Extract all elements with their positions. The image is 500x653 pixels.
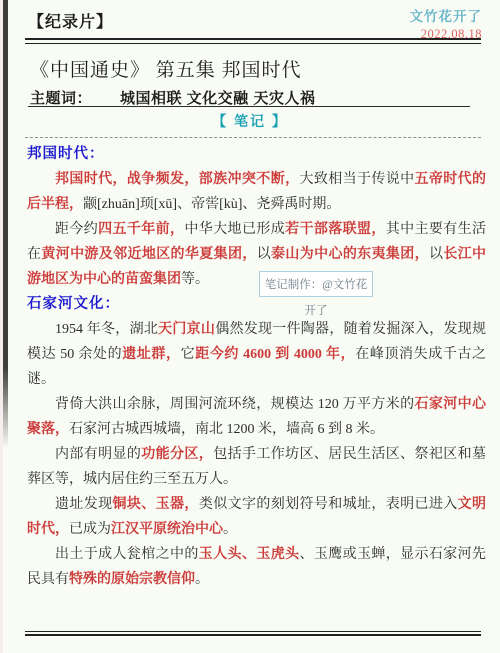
body-text: 。 — [195, 572, 209, 587]
keywords-underline-rule — [28, 106, 470, 107]
category-label: 【纪录片】 — [28, 9, 113, 32]
body-text: 以 — [429, 247, 443, 262]
watermark-box: 笔记制作：@文竹花开了 — [259, 271, 373, 297]
keywords-value: 城国相联 文化交融 天灾人祸 — [120, 87, 315, 108]
body-text: 大致相当于传说中 — [299, 172, 414, 187]
highlighted-text: 玉人头、玉虎头 — [199, 547, 300, 562]
note-page: 【纪录片】 文竹花开了 2022.08.18 《中国通史》 第五集 邦国时代 主… — [0, 0, 500, 653]
highlighted-text: 特殊的原始宗教信仰 — [69, 572, 195, 587]
bottom-double-rule — [25, 631, 481, 636]
highlighted-text: 邦国时代，战争频发，部族冲突不断， — [55, 172, 299, 187]
note-body: 邦国时代：邦国时代，战争频发，部族冲突不断，大致相当于传说中五帝时代的后半程，颛… — [27, 142, 486, 592]
highlighted-text: 江汉平原统治中心 — [111, 522, 223, 537]
body-text: 背倚大洪山余脉，周围河流环绕，规模达 120 万平方米的 — [55, 397, 414, 412]
body-text: 。 — [223, 522, 237, 537]
body-text: 距今约 — [55, 222, 98, 237]
body-text: 它 — [181, 347, 196, 362]
body-text: 已成为 — [69, 522, 111, 537]
body-text: 中华大地已形成 — [184, 222, 285, 237]
paragraph: 出土于成人瓮棺之中的玉人头、玉虎头、玉鹰或玉蝉，显示石家河先民具有特殊的原始宗教… — [27, 542, 486, 592]
body-text: 类似文字的刻划符号和城址，表明已进入 — [199, 497, 458, 512]
body-text: 1954 年冬，湖北 — [55, 322, 158, 337]
note-badge: 【 笔记 】 — [0, 111, 500, 131]
body-text: 颛[zhuān]顼[xū]、帝喾[kù]、尧舜禹时期。 — [83, 197, 340, 212]
highlighted-text: 若干部落联盟， — [285, 222, 386, 237]
highlighted-text: 四五千年前， — [98, 222, 184, 237]
highlighted-text: 遗址群， — [122, 347, 180, 362]
body-text: 石家河古城西城墙，南北 1200 米，墙高 6 到 8 米。 — [69, 422, 384, 437]
body-text: 遗址发现 — [55, 497, 113, 512]
keywords-row: 主题词： 城国相联 文化交融 天灾人祸 — [30, 87, 315, 108]
dashed-divider — [25, 137, 481, 138]
top-double-rule — [25, 38, 481, 44]
body-text: 出土于成人瓮棺之中的 — [55, 547, 199, 562]
body-text: 等。 — [181, 272, 209, 287]
page-title: 《中国通史》 第五集 邦国时代 — [30, 55, 480, 82]
paragraph: 距今约四五千年前，中华大地已形成若干部落联盟，其中主要有生活在黄河中游及邻近地区… — [27, 217, 486, 292]
paragraph: 1954 年冬，湖北天门京山偶然发现一件陶器，随着发掘深入，发现规模达 50 余… — [27, 317, 486, 392]
section-heading: 邦国时代： — [27, 142, 486, 167]
highlighted-text: 铜块、玉器， — [113, 497, 199, 512]
highlighted-text: 功能分区， — [141, 447, 213, 462]
section-heading: 石家河文化： — [27, 292, 486, 317]
paragraph: 遗址发现铜块、玉器，类似文字的刻划符号和城址，表明已进入文明时代，已成为江汉平原… — [27, 492, 486, 542]
keywords-label: 主题词： — [30, 87, 92, 108]
page-spine-strip — [3, 0, 8, 448]
paragraph: 内部有明显的功能分区，包括手工作坊区、居民生活区、祭祀区和墓葬区等，城内居住约三… — [27, 442, 486, 492]
body-text: 内部有明显的 — [55, 447, 141, 462]
highlighted-text: 天门京山 — [158, 322, 215, 337]
highlighted-text: 距今约 4600 到 4000 年， — [195, 347, 355, 362]
paragraph: 背倚大洪山余脉，周围河流环绕，规模达 120 万平方米的石家河中心聚落，石家河古… — [27, 392, 486, 442]
body-text: 以 — [257, 247, 271, 262]
paragraph: 邦国时代，战争频发，部族冲突不断，大致相当于传说中五帝时代的后半程，颛[zhuā… — [27, 167, 486, 217]
author-name: 文竹花开了 — [410, 9, 483, 25]
highlighted-text: 黄河中游及邻近地区的华夏集团， — [41, 247, 256, 262]
highlighted-text: 泰山为中心的东夷集团， — [271, 247, 429, 262]
